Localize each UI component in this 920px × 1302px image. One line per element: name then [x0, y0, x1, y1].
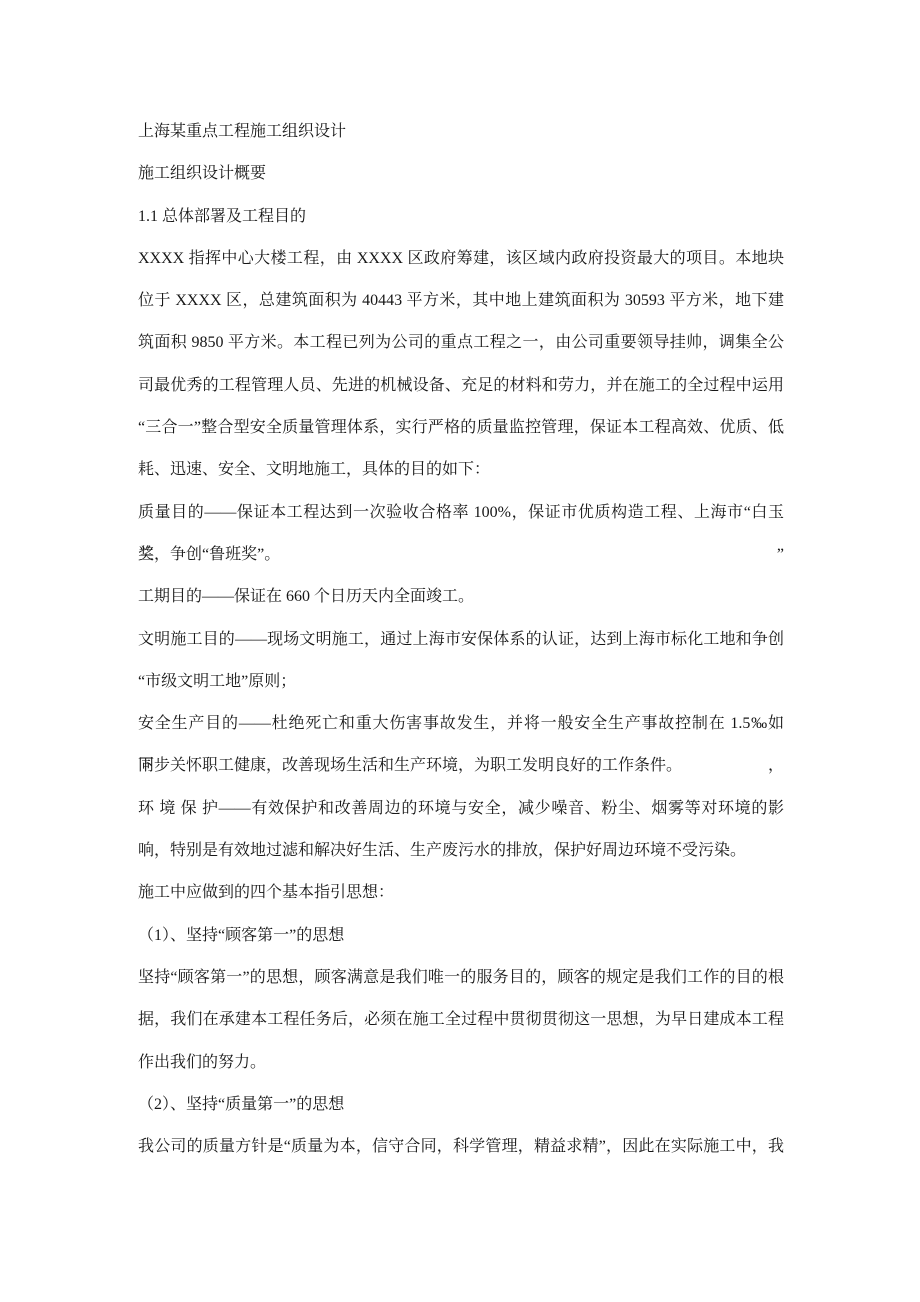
doc-text-line: 环 境 保 护——有效保护和改善周边的环境与安全，减少噪音、粉尘、烟雾等对环境的…: [138, 788, 784, 830]
document-body: 上海某重点工程施工组织设计施工组织设计概要1.1 总体部署及工程目的XXXX 指…: [138, 111, 784, 1168]
doc-heading-line: 施工组织设计概要: [138, 153, 784, 195]
doc-text-line: 坚持“顾客第一”的思想，顾客满意是我们唯一的服务目的，顾客的规定是我们工作的目的…: [138, 957, 784, 999]
doc-text-line: 据，我们在承建本工程任务后，必须在施工全过程中贯彻贯彻这一思想，为早日建成本工程: [138, 999, 784, 1041]
doc-text-line: 司最优秀的工程管理人员、先进的机械设备、充足的材料和劳力，并在施工的全过程中运用: [138, 365, 784, 407]
doc-text-line: 筑面积 9850 平方米。本工程已列为公司的重点工程之一，由公司重要领导挂帅，调…: [138, 322, 784, 364]
doc-text-line: 响，特别是有效地过滤和解决好生活、生产废污水的排放，保护好周边环境不受污染。: [138, 830, 784, 872]
doc-text-line: 我公司的质量方针是“质量为本，信守合同，科学管理，精益求精”，因此在实际施工中，…: [138, 1126, 784, 1168]
doc-text-line: （1）、坚持“顾客第一”的思想: [138, 915, 784, 957]
doc-text-line: 工期目的——保证在 660 个日历天内全面竣工。: [138, 576, 784, 618]
doc-text-line: XXXX 指挥中心大楼工程，由 XXXX 区政府筹建，该区域内政府投资最大的项目…: [138, 238, 784, 280]
doc-text-line: 作出我们的努力。: [138, 1042, 784, 1084]
doc-text-line: 位于 XXXX 区，总建筑面积为 40443 平方米，其中地上建筑面积为 305…: [138, 280, 784, 322]
doc-text-line: 质量目的——保证本工程达到一次验收合格率 100%，保证市优质构造工程、上海市“…: [138, 492, 784, 534]
doc-text-line: 施工中应做到的四个基本指引思想：: [138, 872, 784, 914]
doc-text-line: 安全生产目的——杜绝死亡和重大伤害事故发生，并将一般安全生产事故控制在 1.5‰…: [138, 703, 784, 745]
document-page: 上海某重点工程施工组织设计施工组织设计概要1.1 总体部署及工程目的XXXX 指…: [0, 0, 920, 1302]
doc-text-line: 文明施工目的——现场文明施工，通过上海市安保体系的认证，达到上海市标化工地和争创: [138, 619, 784, 661]
doc-text-line: 耗、迅速、安全、文明地施工，具体的目的如下：: [138, 449, 784, 491]
doc-text-line: “三合一”整合型安全质量管理体系，实行严格的质量监控管理，保证本工程高效、优质、…: [138, 407, 784, 449]
doc-text-line: “市级文明工地”原则；: [138, 661, 784, 703]
doc-title-line: 上海某重点工程施工组织设计: [138, 111, 784, 153]
doc-text-line: （2）、坚持“质量第一”的思想: [138, 1084, 784, 1126]
doc-heading-line: 1.1 总体部署及工程目的: [138, 196, 784, 238]
